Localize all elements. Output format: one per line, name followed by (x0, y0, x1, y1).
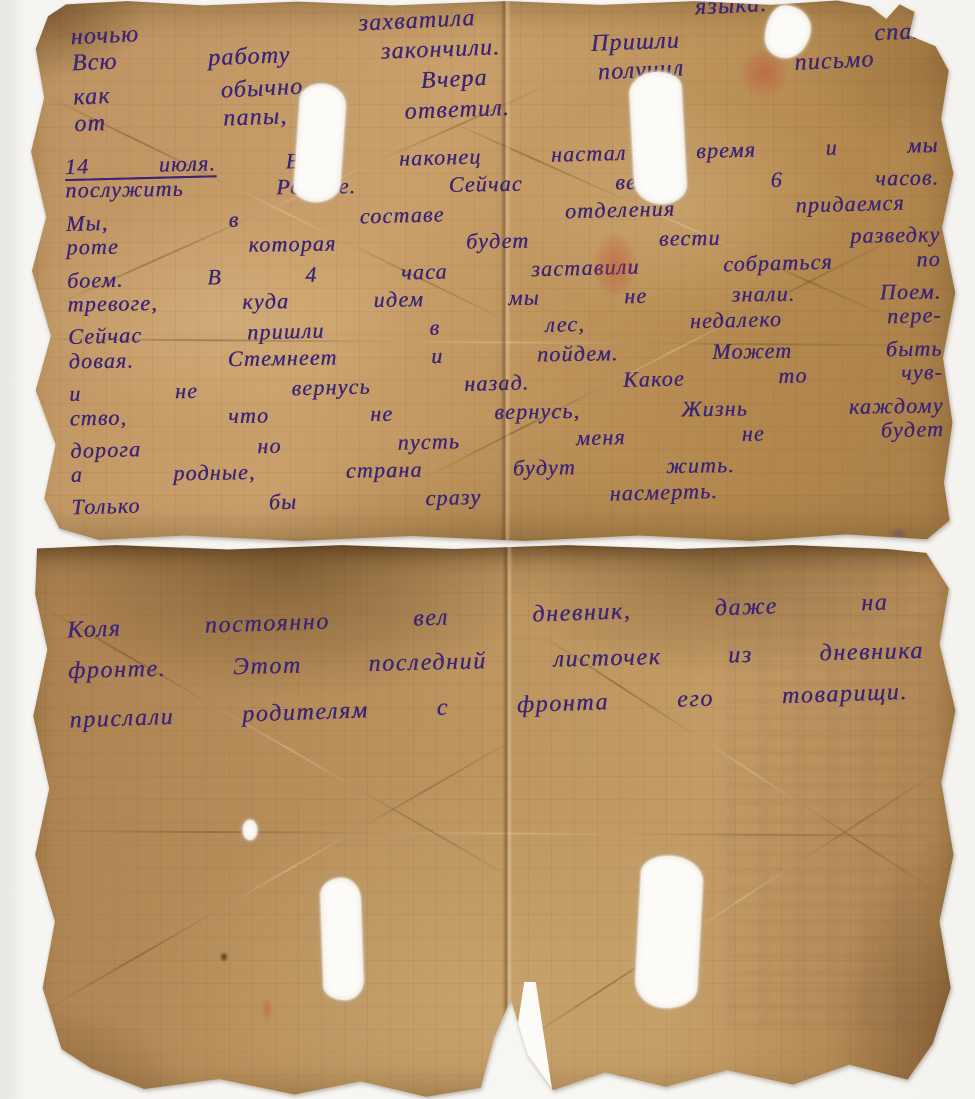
torn-hole (293, 83, 347, 204)
upper-paper-surface: ночью захватила языка. Всю работу законч… (14, 0, 960, 542)
red-pencil-mark (260, 994, 274, 1024)
scanned-letter-page: ночью захватила языка. Всю работу законч… (0, 0, 975, 1099)
paragraph-relatives-note: Коля постоянно вел дневник, даже на фрон… (66, 582, 925, 741)
diagonal-crease (40, 732, 526, 1014)
letter-upper-fragment: ночью захватила языка. Всю работу законч… (14, 0, 960, 542)
torn-hole (320, 877, 364, 1000)
torn-hole (243, 820, 257, 840)
torn-hole (629, 71, 688, 206)
red-pencil-mark (586, 222, 644, 308)
paragraph-entry-14-july: 14 июля. Вот наконец настал время и мы п… (65, 134, 946, 520)
letter-lower-fragment: Коля постоянно вел дневник, даже на фрон… (22, 544, 962, 1099)
lower-paper-surface: Коля постоянно вел дневник, даже на фрон… (22, 544, 962, 1099)
dirt-speck (218, 950, 230, 964)
bottom-tear (506, 982, 554, 1099)
torn-hole (634, 854, 704, 1009)
ink-smudge (886, 526, 912, 541)
paragraph-previous-entry: ночью захватила языка. Всю работу законч… (70, 0, 946, 140)
